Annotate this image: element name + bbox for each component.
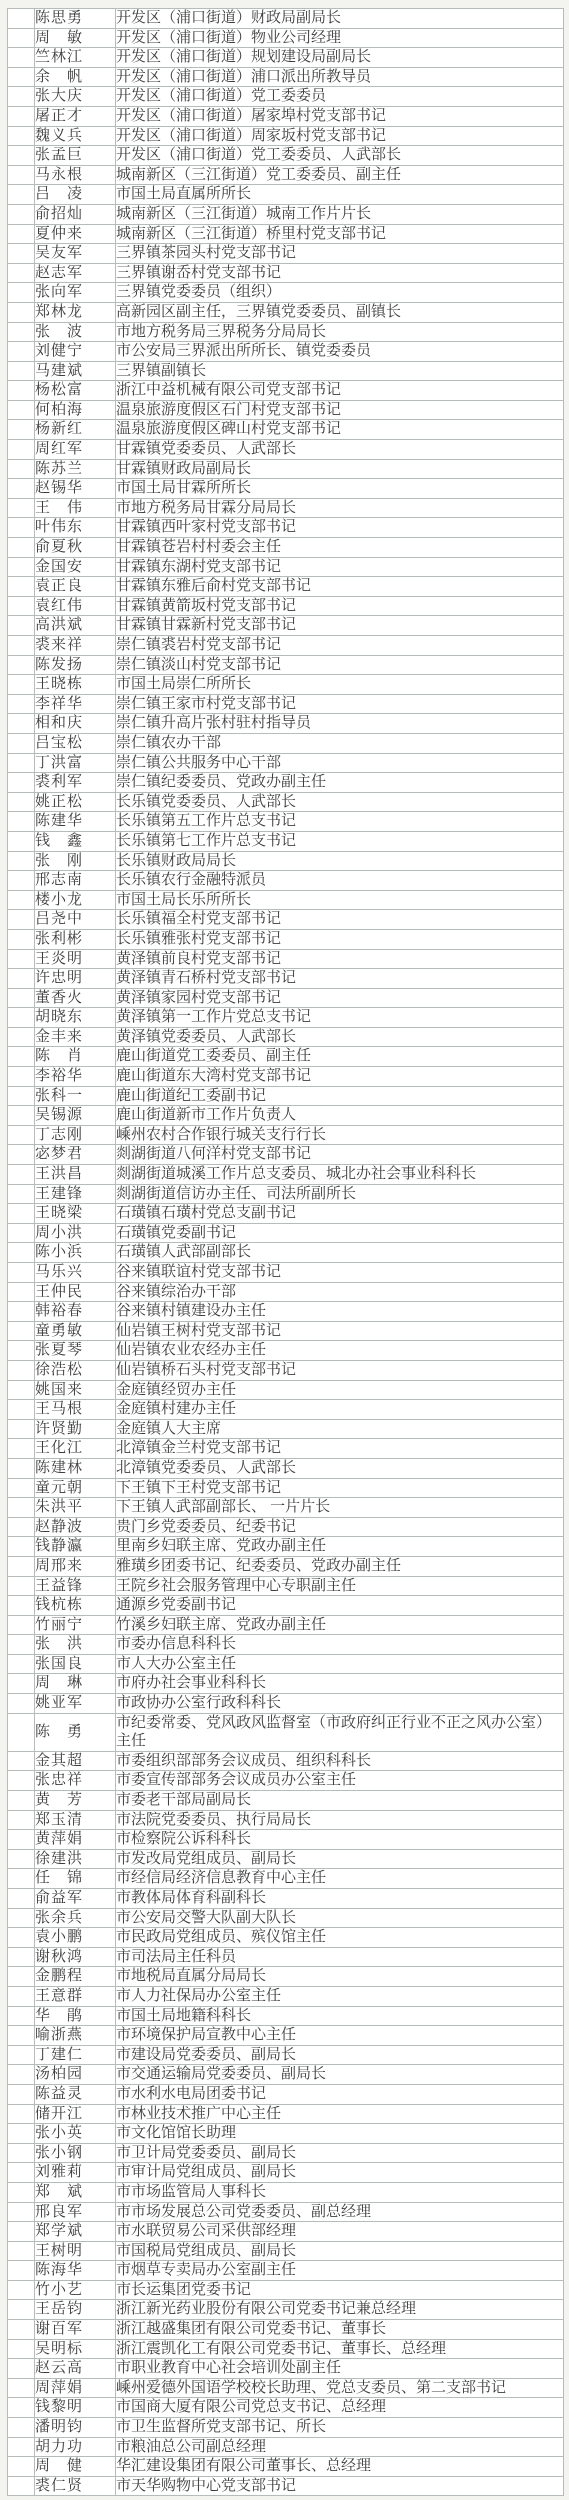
blank-cell xyxy=(8,2084,35,2104)
blank-cell xyxy=(8,146,35,166)
name-cell: 周小洪 xyxy=(35,1223,116,1243)
table-row: 储开江 市林业技术推广中心主任 xyxy=(8,2104,564,2124)
name-cell: 张余兵 xyxy=(35,1908,116,1928)
blank-cell xyxy=(8,126,35,146)
blank-cell xyxy=(8,1615,35,1635)
position-cell: 长乐镇第五工作片总支书记 xyxy=(116,812,564,832)
blank-cell xyxy=(8,1537,35,1557)
table-row: 王炎明 黄泽镇前良村党支部书记 xyxy=(8,949,564,969)
blank-cell xyxy=(8,1889,35,1909)
name-cell: 董香火 xyxy=(35,988,116,1008)
blank-cell xyxy=(8,2476,35,2496)
position-cell: 甘霖镇东雅后俞村党支部书记 xyxy=(116,577,564,597)
position-cell: 崇仁镇升高片张村驻村指导员 xyxy=(116,714,564,734)
table-row: 杨松富 浙江中益机械有限公司党支部书记 xyxy=(8,381,564,401)
blank-cell xyxy=(8,2320,35,2340)
name-cell: 陈海华 xyxy=(35,2261,116,2281)
position-cell: 市环境保护局宣教中心主任 xyxy=(116,2026,564,2046)
blank-cell xyxy=(8,2104,35,2124)
position-cell: 市市场发展总公司党委委员、副总经理 xyxy=(116,2202,564,2222)
blank-cell xyxy=(8,2006,35,2026)
name-cell: 胡晓东 xyxy=(35,1008,116,1028)
blank-cell xyxy=(8,1751,35,1771)
position-cell: 开发区（浦口街道）周家坂村党支部书记 xyxy=(116,126,564,146)
position-cell: 市政协办公室行政科科长 xyxy=(116,1694,564,1714)
page: 陈思勇 开发区（浦口街道）财政局副局长 周 敏 开发区（浦口街道）物业公司经理 … xyxy=(0,0,569,2500)
position-cell: 崇仁镇淡山村党支部书记 xyxy=(116,655,564,675)
blank-cell xyxy=(8,1635,35,1655)
blank-cell xyxy=(8,28,35,48)
name-cell: 张小钢 xyxy=(35,2143,116,2163)
name-cell: 袁小鹏 xyxy=(35,1928,116,1948)
position-cell: 三界镇谢岙村党支部书记 xyxy=(116,263,564,283)
table-row: 宓梦君 剡湖街道八何洋村党支部书记 xyxy=(8,1145,564,1165)
table-row: 邢志南 长乐镇农行金融特派员 xyxy=(8,871,564,891)
position-cell: 开发区（浦口街道）浦口派出所教导员 xyxy=(116,67,564,87)
position-cell: 开发区（浦口街道）党工委委员 xyxy=(116,87,564,107)
position-cell: 市委组织部部务会议成员、组织科科长 xyxy=(116,1751,564,1771)
position-cell: 三界镇副镇长 xyxy=(116,361,564,381)
blank-cell xyxy=(8,1341,35,1361)
table-row: 丁洪富 崇仁镇公共服务中心干部 xyxy=(8,753,564,773)
table-row: 陈小浜 石璜镇人武部副部长 xyxy=(8,1243,564,1263)
position-cell: 谷来镇综治办干部 xyxy=(116,1282,564,1302)
name-cell: 姚亚军 xyxy=(35,1694,116,1714)
name-cell: 袁正良 xyxy=(35,577,116,597)
blank-cell xyxy=(8,1517,35,1537)
name-cell: 姚国来 xyxy=(35,1380,116,1400)
position-cell: 开发区（浦口街道）党工委委员、人武部长 xyxy=(116,146,564,166)
name-cell: 陈苏兰 xyxy=(35,459,116,479)
name-cell: 何柏海 xyxy=(35,400,116,420)
name-cell: 王洪昌 xyxy=(35,1165,116,1185)
blank-cell xyxy=(8,244,35,264)
table-row: 陈益灵 市水利水电局团委书记 xyxy=(8,2084,564,2104)
table-row: 竹丽宁 竹溪乡妇联主席、党政办副主任 xyxy=(8,1615,564,1635)
name-cell: 郑 斌 xyxy=(35,2182,116,2202)
position-cell: 开发区（浦口街道）规划建设局副局长 xyxy=(116,48,564,68)
blank-cell xyxy=(8,753,35,773)
position-cell: 市地方税务局甘霖分局局长 xyxy=(116,498,564,518)
blank-cell xyxy=(8,2457,35,2477)
blank-cell xyxy=(8,1694,35,1714)
blank-cell xyxy=(8,1263,35,1283)
position-cell: 市市场监管局人事科长 xyxy=(116,2182,564,2202)
position-cell: 市职业教育中心社会培训处副主任 xyxy=(116,2359,564,2379)
position-cell: 市民政局党组成员、殡仪馆主任 xyxy=(116,1928,564,1948)
position-cell: 北漳镇党委委员、人武部长 xyxy=(116,1458,564,1478)
table-row: 周红军 甘霖镇党委委员、人武部长 xyxy=(8,440,564,460)
name-cell: 郑玉清 xyxy=(35,1810,116,1830)
blank-cell xyxy=(8,577,35,597)
blank-cell xyxy=(8,2182,35,2202)
name-cell: 丁志刚 xyxy=(35,1125,116,1145)
table-row: 黄萍娟 市检察院公诉科科长 xyxy=(8,1830,564,1850)
position-cell: 崇仁镇裘岩村党支部书记 xyxy=(116,636,564,656)
table-row: 胡力功 市粮油总公司副总经理 xyxy=(8,2437,564,2457)
blank-cell xyxy=(8,87,35,107)
name-cell: 张科一 xyxy=(35,1086,116,1106)
position-cell: 甘霖镇黄箭坂村党支部书记 xyxy=(116,596,564,616)
name-cell: 魏义兵 xyxy=(35,126,116,146)
name-cell: 袁红伟 xyxy=(35,596,116,616)
position-cell: 石璜镇党委副书记 xyxy=(116,1223,564,1243)
table-row: 陈海华 市烟草专卖局办公室副主任 xyxy=(8,2261,564,2281)
position-cell: 剡湖街道城溪工作片总支委员、城北办社会事业科科长 xyxy=(116,1165,564,1185)
position-cell: 嵊州农村合作银行城关支行行长 xyxy=(116,1125,564,1145)
position-cell: 市审计局党组成员、副局长 xyxy=(116,2163,564,2183)
blank-cell xyxy=(8,792,35,812)
position-cell: 鹿山街道党工委委员、副主任 xyxy=(116,1047,564,1067)
table-row: 王仲民 谷来镇综治办干部 xyxy=(8,1282,564,1302)
position-cell: 雅璜乡团委书记、纪委委员、党政办副主任 xyxy=(116,1556,564,1576)
table-row: 赵志军 三界镇谢岙村党支部书记 xyxy=(8,263,564,283)
position-cell: 市国土局甘霖所所长 xyxy=(116,479,564,499)
table-row: 高洪斌 甘霖镇甘霖新村党支部书记 xyxy=(8,616,564,636)
table-row: 周 健 华汇建设集团有限公司董事长、总经理 xyxy=(8,2457,564,2477)
name-cell: 吴锡源 xyxy=(35,1106,116,1126)
name-cell: 李祥华 xyxy=(35,694,116,714)
table-row: 张小英 市文化馆馆长助理 xyxy=(8,2124,564,2144)
position-cell: 市国商大厦有限公司党总支书记、总经理 xyxy=(116,2398,564,2418)
position-cell: 市烟草专卖局办公室副主任 xyxy=(116,2261,564,2281)
name-cell: 吕尧中 xyxy=(35,910,116,930)
blank-cell xyxy=(8,557,35,577)
name-cell: 高洪斌 xyxy=(35,616,116,636)
table-row: 裘利军 崇仁镇纪委委员、党政办副主任 xyxy=(8,773,564,793)
table-row: 张孟巨 开发区（浦口街道）党工委委员、人武部长 xyxy=(8,146,564,166)
table-row: 张余兵 市公安局交警大队副大队长 xyxy=(8,1908,564,1928)
position-cell: 开发区（浦口街道）屠家埠村党支部书记 xyxy=(116,106,564,126)
table-row: 周邢来 雅璜乡团委书记、纪委委员、党政办副主任 xyxy=(8,1556,564,1576)
blank-cell xyxy=(8,2065,35,2085)
position-cell: 崇仁镇公共服务中心干部 xyxy=(116,753,564,773)
name-cell: 楼小龙 xyxy=(35,890,116,910)
position-cell: 市司法局主任科员 xyxy=(116,1947,564,1967)
name-cell: 王晓栋 xyxy=(35,675,116,695)
blank-cell xyxy=(8,1302,35,1322)
table-row: 陈苏兰 甘霖镇财政局副局长 xyxy=(8,459,564,479)
blank-cell xyxy=(8,831,35,851)
position-cell: 市国土局直属所所长 xyxy=(116,185,564,205)
name-cell: 郑林龙 xyxy=(35,302,116,322)
position-cell: 长乐镇农行金融特派员 xyxy=(116,871,564,891)
blank-cell xyxy=(8,2143,35,2163)
position-cell: 浙江震凯化工有限公司党委书记、董事长、总经理 xyxy=(116,2339,564,2359)
blank-cell xyxy=(8,1419,35,1439)
position-cell: 市水利水电局团委书记 xyxy=(116,2084,564,2104)
position-cell: 市公安局交警大队副大队长 xyxy=(116,1908,564,1928)
blank-cell xyxy=(8,988,35,1008)
table-row: 潘明钧 市卫生监督所党支部书记、所长 xyxy=(8,2418,564,2438)
position-cell: 甘霖镇苍岩村村委会主任 xyxy=(116,538,564,558)
name-cell: 潘明钧 xyxy=(35,2418,116,2438)
blank-cell xyxy=(8,459,35,479)
table-row: 邢良军 市市场发展总公司党委委员、副总经理 xyxy=(8,2202,564,2222)
position-cell: 城南新区（三江街道）桥里村党支部书记 xyxy=(116,224,564,244)
blank-cell xyxy=(8,204,35,224)
position-cell: 里南乡妇联主席、党政办副主任 xyxy=(116,1537,564,1557)
blank-cell xyxy=(8,2437,35,2457)
name-cell: 王化江 xyxy=(35,1439,116,1459)
blank-cell xyxy=(8,263,35,283)
name-cell: 王树明 xyxy=(35,2241,116,2261)
blank-cell xyxy=(8,616,35,636)
position-cell: 浙江新光药业股份有限公司党委书记兼总经理 xyxy=(116,2300,564,2320)
name-cell: 杨松富 xyxy=(35,381,116,401)
table-row: 张国良 市人大办公室主任 xyxy=(8,1654,564,1674)
name-cell: 张忠祥 xyxy=(35,1771,116,1791)
table-row: 金鹏程 市地税局直属分局局长 xyxy=(8,1967,564,1987)
table-row: 王益锋 王院乡社会服务管理中心专职副主任 xyxy=(8,1576,564,1596)
table-row: 徐浩松 仙岩镇桥石头村党支部书记 xyxy=(8,1360,564,1380)
table-row: 袁小鹏 市民政局党组成员、殡仪馆主任 xyxy=(8,1928,564,1948)
position-cell: 市国土局崇仁所所长 xyxy=(116,675,564,695)
name-cell: 郑学斌 xyxy=(35,2222,116,2242)
table-row: 金国安 甘霖镇东湖村党支部书记 xyxy=(8,557,564,577)
position-cell: 浙江越盛集团有限公司党委书记、董事长 xyxy=(116,2320,564,2340)
table-row: 裘仁贤 市天华购物中心党支部书记 xyxy=(8,2476,564,2496)
blank-cell xyxy=(8,2398,35,2418)
position-cell: 甘霖镇西叶家村党支部书记 xyxy=(116,518,564,538)
table-row: 王 伟 市地方税务局甘霖分局局长 xyxy=(8,498,564,518)
blank-cell xyxy=(8,2026,35,2046)
position-cell: 黄泽镇家园村党支部书记 xyxy=(116,988,564,1008)
table-row: 马乐兴 谷来镇联谊村党支部书记 xyxy=(8,1263,564,1283)
name-cell: 吕 凌 xyxy=(35,185,116,205)
position-cell: 市委宣传部部务会议成员办公室主任 xyxy=(116,1771,564,1791)
position-cell: 鹿山街道新市工作片负责人 xyxy=(116,1106,564,1126)
name-cell: 钱 鑫 xyxy=(35,831,116,851)
blank-cell xyxy=(8,1908,35,1928)
blank-cell xyxy=(8,1125,35,1145)
table-row: 姚亚军 市政协办公室行政科科长 xyxy=(8,1694,564,1714)
table-row: 李祥华 崇仁镇王家市村党支部书记 xyxy=(8,694,564,714)
position-cell: 市粮油总公司副总经理 xyxy=(116,2437,564,2457)
table-row: 童元朝 下王镇下王村党支部书记 xyxy=(8,1478,564,1498)
position-cell: 市长运集团党委书记 xyxy=(116,2280,564,2300)
name-cell: 余 帆 xyxy=(35,67,116,87)
table-row: 郑学斌 市水联贸易公司采供部经理 xyxy=(8,2222,564,2242)
blank-cell xyxy=(8,420,35,440)
blank-cell xyxy=(8,2418,35,2438)
blank-cell xyxy=(8,1145,35,1165)
table-row: 徐建洪 市发改局党组成员、副局长 xyxy=(8,1849,564,1869)
name-cell: 韩裕春 xyxy=(35,1302,116,1322)
position-cell: 市地方税务局三界税务分局局长 xyxy=(116,322,564,342)
table-row: 郑玉清 市法院党委委员、执行局局长 xyxy=(8,1810,564,1830)
blank-cell xyxy=(8,1830,35,1850)
name-cell: 赵志军 xyxy=(35,263,116,283)
table-row: 华 鹃 市国土局地籍科科长 xyxy=(8,2006,564,2026)
position-cell: 市文化馆馆长助理 xyxy=(116,2124,564,2144)
blank-cell xyxy=(8,1791,35,1811)
table-row: 李裕华 鹿山街道东大湾村党支部书记 xyxy=(8,1067,564,1087)
blank-cell xyxy=(8,1439,35,1459)
table-row: 袁红伟 甘霖镇黄箭坂村党支部书记 xyxy=(8,596,564,616)
name-cell: 叶伟东 xyxy=(35,518,116,538)
name-cell: 金丰来 xyxy=(35,1027,116,1047)
name-cell: 黄萍娟 xyxy=(35,1830,116,1850)
name-cell: 钱静瀛 xyxy=(35,1537,116,1557)
table-row: 张小钢 市卫计局党委委员、副局长 xyxy=(8,2143,564,2163)
table-row: 杨新红 温泉旅游度假区碑山村党支部书记 xyxy=(8,420,564,440)
name-cell: 李裕华 xyxy=(35,1067,116,1087)
table-row: 陈建华 长乐镇第五工作片总支书记 xyxy=(8,812,564,832)
table-row: 屠正才 开发区（浦口街道）屠家埠村党支部书记 xyxy=(8,106,564,126)
name-cell: 屠正才 xyxy=(35,106,116,126)
position-cell: 崇仁镇纪委委员、党政办副主任 xyxy=(116,773,564,793)
table-row: 周 琳 市府办社会事业科科长 xyxy=(8,1674,564,1694)
name-cell: 徐浩松 xyxy=(35,1360,116,1380)
position-cell: 温泉旅游度假区碑山村党支部书记 xyxy=(116,420,564,440)
position-cell: 甘霖镇财政局副局长 xyxy=(116,459,564,479)
table-row: 朱洪平 下王镇人武部副部长、 一片片长 xyxy=(8,1498,564,1518)
blank-cell xyxy=(8,2339,35,2359)
name-cell: 姚正松 xyxy=(35,792,116,812)
blank-cell xyxy=(8,2222,35,2242)
blank-cell xyxy=(8,342,35,362)
name-cell: 任 锦 xyxy=(35,1869,116,1889)
name-cell: 朱洪平 xyxy=(35,1498,116,1518)
name-cell: 邢志南 xyxy=(35,871,116,891)
table-row: 陈发扬 崇仁镇淡山村党支部书记 xyxy=(8,655,564,675)
position-cell: 华汇建设集团有限公司董事长、总经理 xyxy=(116,2457,564,2477)
blank-cell xyxy=(8,2359,35,2379)
position-cell: 城南新区（三江街道）党工委委员、副主任 xyxy=(116,165,564,185)
table-row: 余 帆 开发区（浦口街道）浦口派出所教导员 xyxy=(8,67,564,87)
blank-cell xyxy=(8,733,35,753)
name-cell: 相和庆 xyxy=(35,714,116,734)
table-row: 丁建仁 市建设局党委委员、副局长 xyxy=(8,2045,564,2065)
name-cell: 王益锋 xyxy=(35,1576,116,1596)
table-row: 陈 勇 市纪委常委、党风政风监督室（市政府纠正行业不正之风办公室）主任 xyxy=(8,1713,564,1751)
blank-cell xyxy=(8,1967,35,1987)
position-cell: 崇仁镇农办干部 xyxy=(116,733,564,753)
blank-cell xyxy=(8,9,35,29)
name-cell: 赵锡华 xyxy=(35,479,116,499)
blank-cell xyxy=(8,910,35,930)
blank-cell xyxy=(8,1184,35,1204)
table-row: 吴明标 浙江震凯化工有限公司党委书记、董事长、总经理 xyxy=(8,2339,564,2359)
blank-cell xyxy=(8,871,35,891)
blank-cell xyxy=(8,596,35,616)
table-row: 陈思勇 开发区（浦口街道）财政局副局长 xyxy=(8,9,564,29)
position-cell: 市卫生监督所党支部书记、所长 xyxy=(116,2418,564,2438)
position-cell: 下王镇人武部副部长、 一片片长 xyxy=(116,1498,564,1518)
position-cell: 市卫计局党委委员、副局长 xyxy=(116,2143,564,2163)
table-row: 王洪昌 剡湖街道城溪工作片总支委员、城北办社会事业科科长 xyxy=(8,1165,564,1185)
blank-cell xyxy=(8,1400,35,1420)
position-cell: 高新园区副主任，三界镇党委委员、副镇长 xyxy=(116,302,564,322)
name-cell: 张 波 xyxy=(35,322,116,342)
blank-cell xyxy=(8,361,35,381)
name-cell: 王炎明 xyxy=(35,949,116,969)
name-cell: 周 健 xyxy=(35,2457,116,2477)
position-cell: 城南新区（三江街道）城南工作片片长 xyxy=(116,204,564,224)
table-row: 张夏琴 仙岩镇农业农经办主任 xyxy=(8,1341,564,1361)
table-row: 王晓栋 市国土局崇仁所所长 xyxy=(8,675,564,695)
table-row: 张利彬 长乐镇雅张村党支部书记 xyxy=(8,929,564,949)
name-cell: 周萍娟 xyxy=(35,2378,116,2398)
table-row: 金其超 市委组织部部务会议成员、组织科科长 xyxy=(8,1751,564,1771)
table-row: 丁志刚 嵊州农村合作银行城关支行行长 xyxy=(8,1125,564,1145)
blank-cell xyxy=(8,1498,35,1518)
blank-cell xyxy=(8,890,35,910)
blank-cell xyxy=(8,2202,35,2222)
cadre-roster-table: 陈思勇 开发区（浦口街道）财政局副局长 周 敏 开发区（浦口街道）物业公司经理 … xyxy=(7,8,564,2496)
table-row: 钱静瀛 里南乡妇联主席、党政办副主任 xyxy=(8,1537,564,1557)
table-row: 谢秋鸿 市司法局主任科员 xyxy=(8,1947,564,1967)
name-cell: 竹丽宁 xyxy=(35,1615,116,1635)
table-row: 俞益军 市教体局体育科副科长 xyxy=(8,1889,564,1909)
blank-cell xyxy=(8,675,35,695)
name-cell: 王意群 xyxy=(35,1986,116,2006)
position-cell: 市水联贸易公司采供部经理 xyxy=(116,2222,564,2242)
position-cell: 北漳镇金兰村党支部书记 xyxy=(116,1439,564,1459)
blank-cell xyxy=(8,2300,35,2320)
table-row: 王化江 北漳镇金兰村党支部书记 xyxy=(8,1439,564,1459)
position-cell: 石璜镇人武部副部长 xyxy=(116,1243,564,1263)
table-row: 王岳钧 浙江新光药业股份有限公司党委书记兼总经理 xyxy=(8,2300,564,2320)
name-cell: 黄 芳 xyxy=(35,1791,116,1811)
position-cell: 长乐镇财政局局长 xyxy=(116,851,564,871)
blank-cell xyxy=(8,302,35,322)
blank-cell xyxy=(8,2280,35,2300)
table-row: 叶伟东 甘霖镇西叶家村党支部书记 xyxy=(8,518,564,538)
table-row: 周 敏 开发区（浦口街道）物业公司经理 xyxy=(8,28,564,48)
table-row: 钱 鑫 长乐镇第七工作片总支书记 xyxy=(8,831,564,851)
name-cell: 竺林江 xyxy=(35,48,116,68)
table-row: 马建斌 三界镇副镇长 xyxy=(8,361,564,381)
position-cell: 市建设局党委委员、副局长 xyxy=(116,2045,564,2065)
table-row: 童勇敏 仙岩镇王树村党支部书记 xyxy=(8,1321,564,1341)
name-cell: 吕宝松 xyxy=(35,733,116,753)
table-row: 魏义兵 开发区（浦口街道）周家坂村党支部书记 xyxy=(8,126,564,146)
blank-cell xyxy=(8,1674,35,1694)
name-cell: 童勇敏 xyxy=(35,1321,116,1341)
position-cell: 市发改局党组成员、副局长 xyxy=(116,1849,564,1869)
blank-cell xyxy=(8,2163,35,2183)
blank-cell xyxy=(8,1478,35,1498)
table-row: 竺林江 开发区（浦口街道）规划建设局副局长 xyxy=(8,48,564,68)
blank-cell xyxy=(8,1986,35,2006)
name-cell: 胡力功 xyxy=(35,2437,116,2457)
name-cell: 杨新红 xyxy=(35,420,116,440)
name-cell: 周邢来 xyxy=(35,1556,116,1576)
name-cell: 陈思勇 xyxy=(35,9,116,29)
name-cell: 丁建仁 xyxy=(35,2045,116,2065)
name-cell: 裘仁贤 xyxy=(35,2476,116,2496)
position-cell: 三界镇党委委员（组织） xyxy=(116,283,564,303)
position-cell: 黄泽镇前良村党支部书记 xyxy=(116,949,564,969)
blank-cell xyxy=(8,322,35,342)
blank-cell xyxy=(8,1223,35,1243)
position-cell: 市国税局党组成员、副局长 xyxy=(116,2241,564,2261)
blank-cell xyxy=(8,1243,35,1263)
blank-cell xyxy=(8,1165,35,1185)
position-cell: 甘霖镇党委委员、人武部长 xyxy=(116,440,564,460)
blank-cell xyxy=(8,1947,35,1967)
position-cell: 通源乡党委副书记 xyxy=(116,1596,564,1616)
position-cell: 仙岩镇王树村党支部书记 xyxy=(116,1321,564,1341)
name-cell: 张孟巨 xyxy=(35,146,116,166)
blank-cell xyxy=(8,2124,35,2144)
name-cell: 马永根 xyxy=(35,165,116,185)
table-row: 陈建林 北漳镇党委委员、人武部长 xyxy=(8,1458,564,1478)
name-cell: 裘来祥 xyxy=(35,636,116,656)
blank-cell xyxy=(8,498,35,518)
